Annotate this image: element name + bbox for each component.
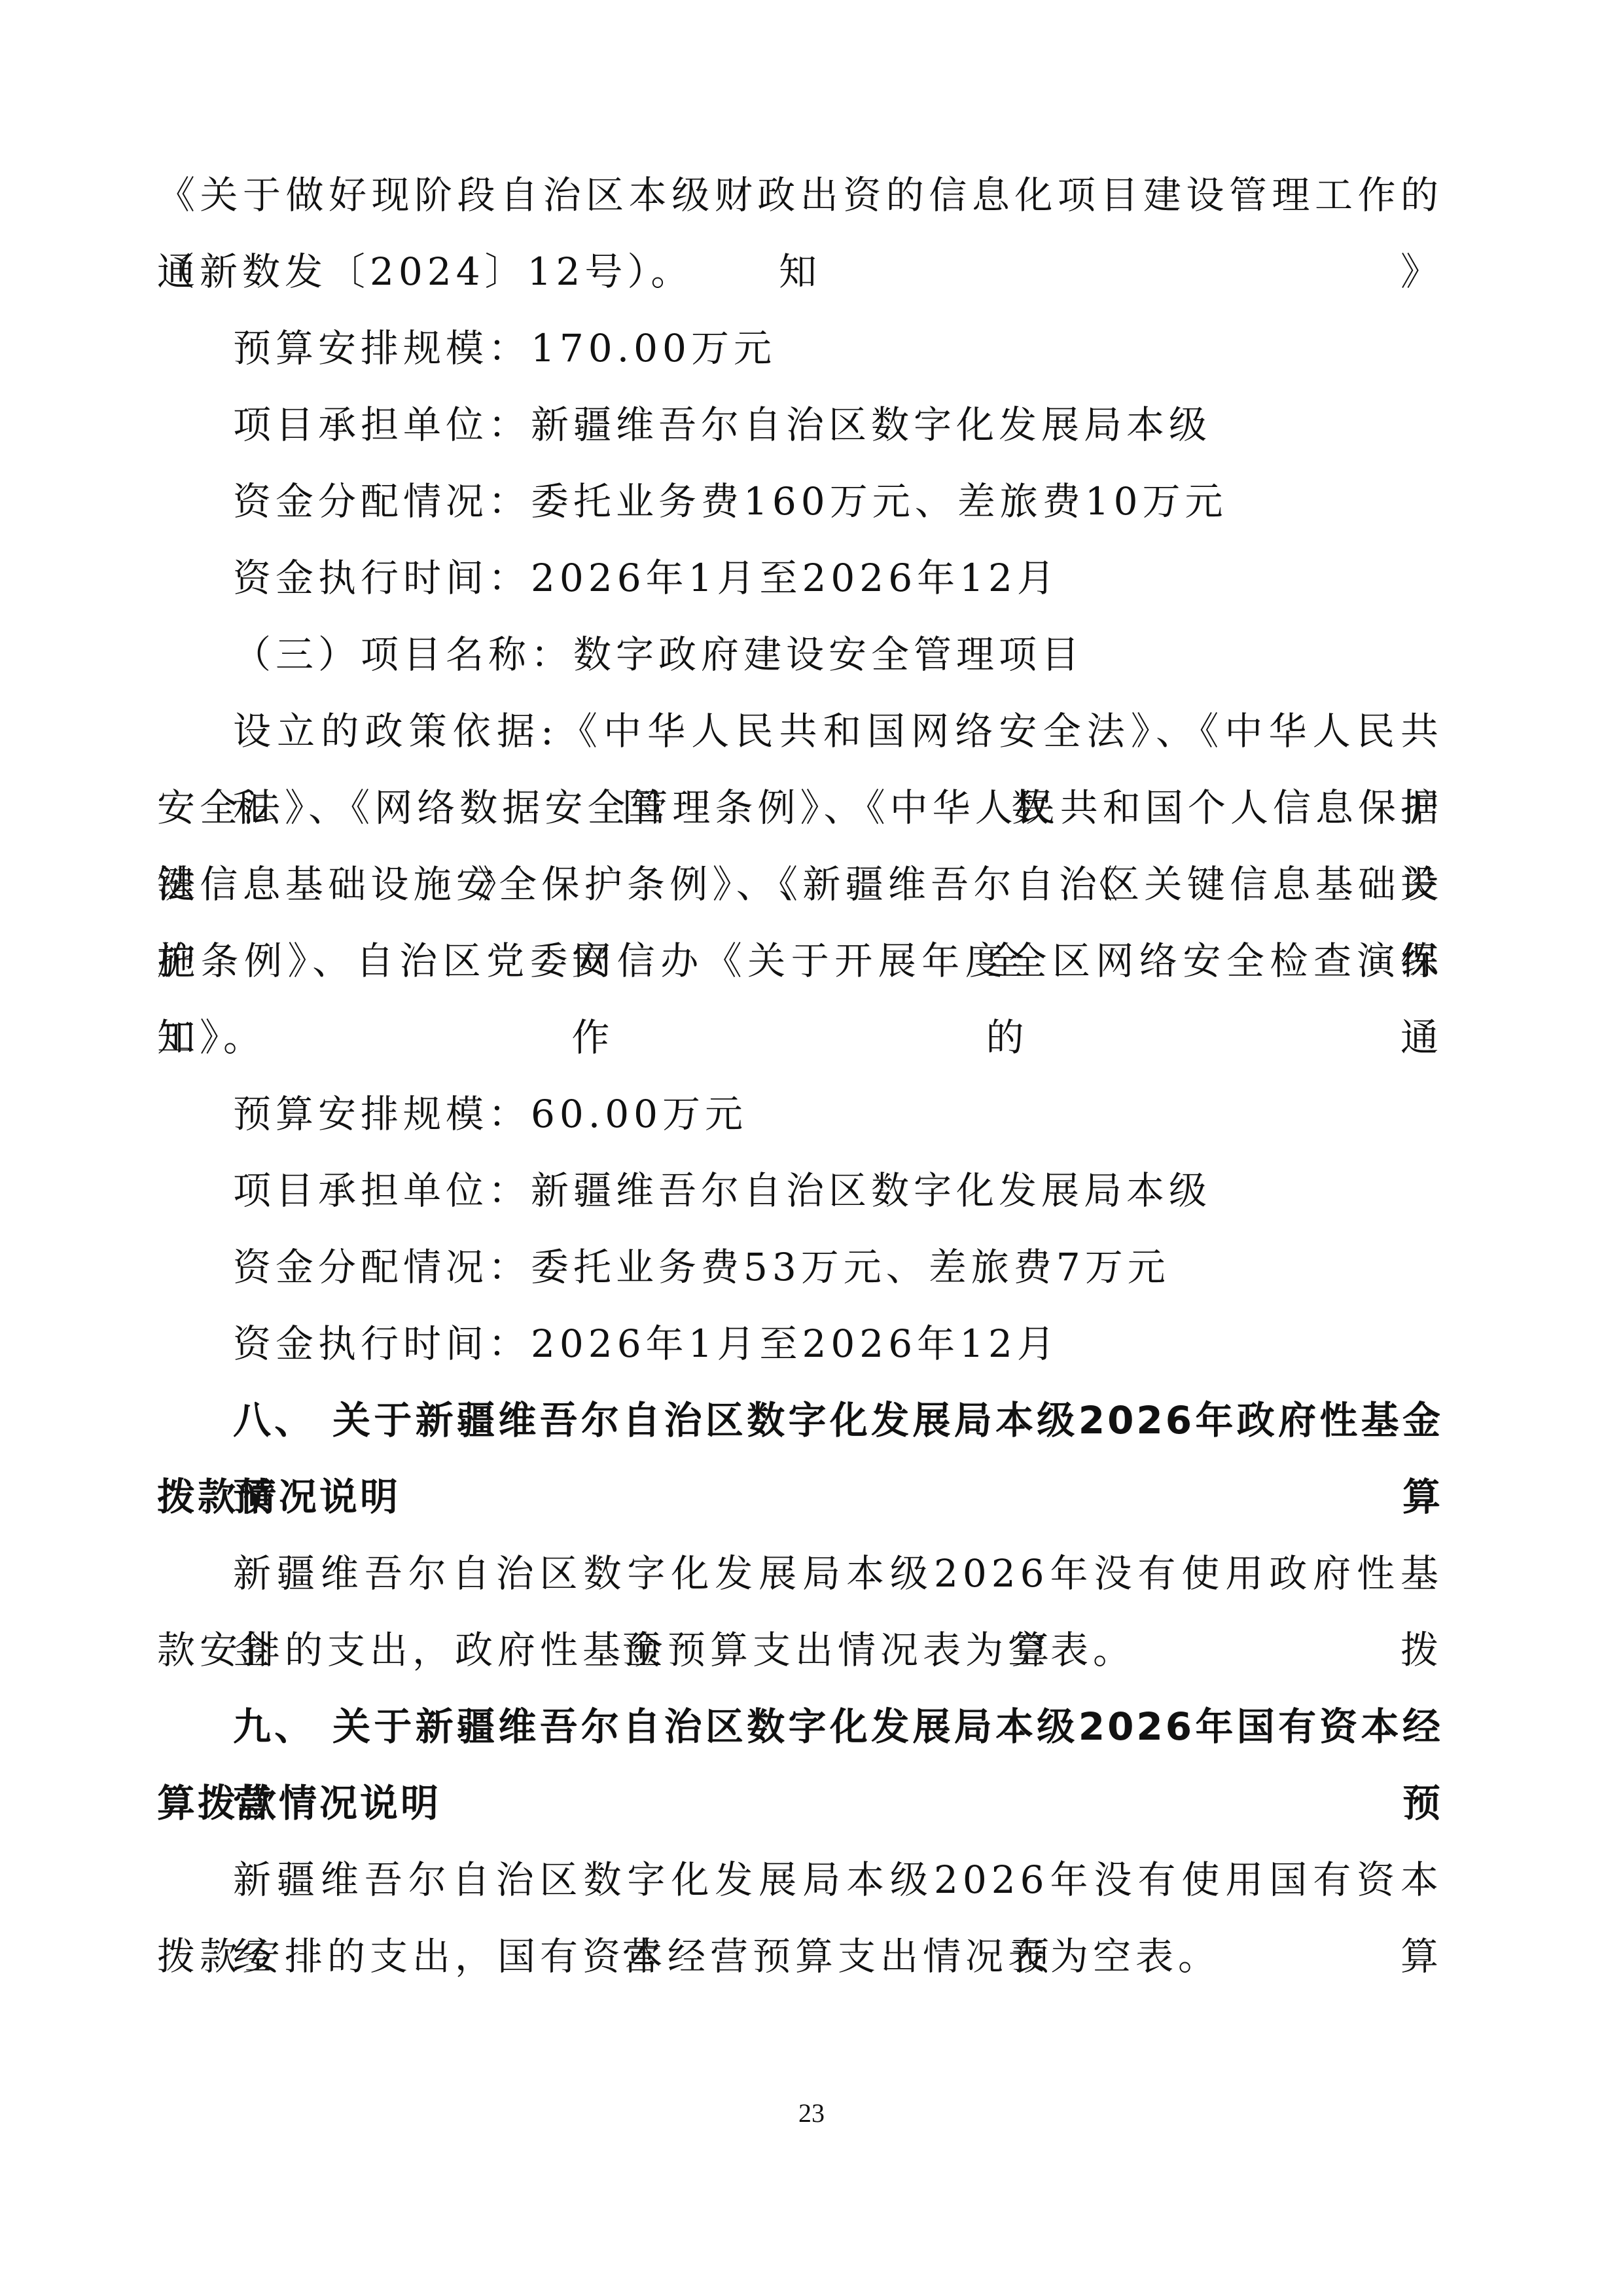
section-8-heading-line-1: 八、 关于新疆维吾尔自治区数字化发展局本级2026年政府性基金预算 bbox=[157, 1382, 1443, 1459]
project-3-title: （三）项目名称：数字政府建设安全管理项目 bbox=[157, 617, 1443, 693]
project-3-policy-basis-line-4: 护条例》、自治区党委网信办《关于开展年度全区网络安全检查演练工作的通 bbox=[157, 923, 1443, 999]
section-9-heading-line-1: 九、 关于新疆维吾尔自治区数字化发展局本级2026年国有资本经营预 bbox=[157, 1689, 1443, 1765]
project-2-undertaking-unit: 项目承担单位：新疆维吾尔自治区数字化发展局本级 bbox=[157, 387, 1443, 463]
document-page: 《关于做好现阶段自治区本级财政出资的信息化项目建设管理工作的通知》 （新数发〔2… bbox=[157, 157, 1443, 1995]
project-2-fund-allocation: 资金分配情况：委托业务费160万元、差旅费10万元 bbox=[157, 463, 1443, 540]
project-2-execution-time: 资金执行时间：2026年1月至2026年12月 bbox=[157, 540, 1443, 617]
project-3-policy-basis-line-1: 设立的政策依据:《中华人民共和国网络安全法》、《中华人民共和国数据 bbox=[157, 693, 1443, 770]
project-3-execution-time: 资金执行时间：2026年1月至2026年12月 bbox=[157, 1306, 1443, 1382]
section-9-body-line-1: 新疆维吾尔自治区数字化发展局本级2026年没有使用国有资本经营预算 bbox=[157, 1842, 1443, 1918]
project-3-fund-allocation: 资金分配情况：委托业务费53万元、差旅费7万元 bbox=[157, 1229, 1443, 1306]
project-3-undertaking-unit: 项目承担单位：新疆维吾尔自治区数字化发展局本级 bbox=[157, 1153, 1443, 1229]
project-3-budget-scale: 预算安排规模：60.00万元 bbox=[157, 1076, 1443, 1153]
project-3-policy-basis-line-3: 键信息基础设施安全保护条例》、《新疆维吾尔自治区关键信息基础设施安全保 bbox=[157, 846, 1443, 923]
project-2-budget-scale: 预算安排规模：170.00万元 bbox=[157, 310, 1443, 387]
project-3-policy-basis-line-2: 安全法》、《网络数据安全管理条例》、《中华人民共和国个人信息保护法》、《关 bbox=[157, 770, 1443, 846]
section-8-body-line-1: 新疆维吾尔自治区数字化发展局本级2026年没有使用政府性基金预算拨 bbox=[157, 1535, 1443, 1612]
page-number: 23 bbox=[0, 2098, 1623, 2128]
policy-citation-line-1: 《关于做好现阶段自治区本级财政出资的信息化项目建设管理工作的通知》 bbox=[157, 157, 1443, 234]
